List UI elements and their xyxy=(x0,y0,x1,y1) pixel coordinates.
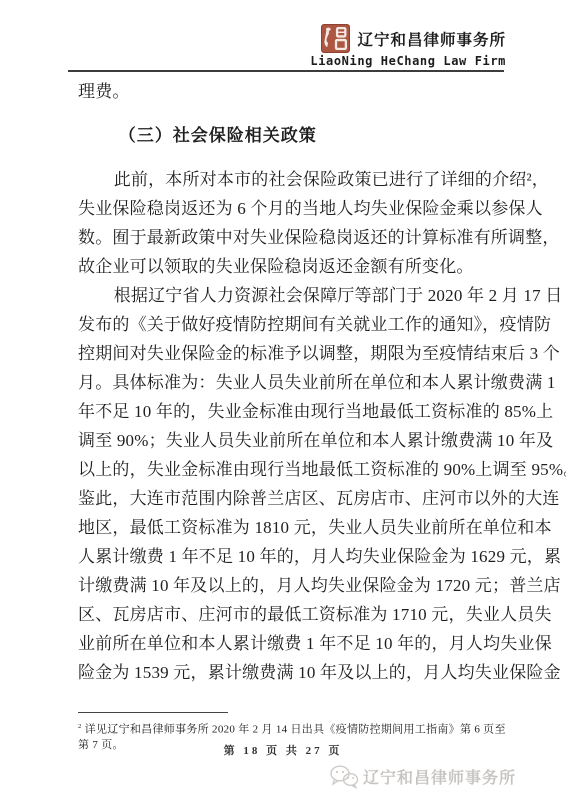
footnote-marker: 2 xyxy=(78,723,82,730)
hechang-seal-icon xyxy=(321,24,350,53)
body-line: 地区，最低工资标准为 1810 元，失业人员失业前所在单位和本 xyxy=(78,513,479,542)
body-line: 控期间对失业保险金的标准予以调整，期限为至疫情结束后 3 个 xyxy=(78,339,479,368)
body-line: 失业保险稳岗返还为 6 个月的当地人均失业保险金乘以参保人 xyxy=(78,194,479,223)
body-line: 此前，本所对本市的社会保险政策已进行了详细的介绍²， xyxy=(78,165,479,194)
body-line: 月。具体标准为：失业人员失业前所在单位和本人累计缴费满 1 xyxy=(78,368,479,397)
body-line: 以上的，失业金标准由现行当地最低工资标准的 90%上调至 95%。 xyxy=(78,455,479,484)
body-line: 理费。 xyxy=(78,77,479,106)
body-line: 年不足 10 年的，失业金标准由现行当地最低工资标准的 85%上 xyxy=(78,397,479,426)
body-line: 故企业可以领取的失业保险稳岗返还金额有所变化。 xyxy=(78,252,479,281)
section-heading: （三）社会保险相关政策 xyxy=(78,121,479,150)
body-line: 业前所在单位和本人累计缴费 1 年不足 10 年的，月人均失业保 xyxy=(78,629,479,658)
firm-name-en: LiaoNing HeChang Law Firm xyxy=(310,54,506,68)
page-number: 第 18 页 共 27 页 xyxy=(0,742,566,758)
body-line: 计缴费满 10 年及以上的，月人均失业保险金为 1720 元；普兰店 xyxy=(78,571,479,600)
wechat-attribution: 辽宁和昌律师事务所 xyxy=(329,764,516,789)
body-line: 调至 90%；失业人员失业前所在单位和本人累计缴费满 10 年及 xyxy=(78,426,479,455)
wechat-icon xyxy=(329,764,359,789)
body-line: 区、瓦房店市、庄河市的最低工资标准为 1710 元，失业人员失 xyxy=(78,600,479,629)
firm-name-cn: 辽宁和昌律师事务所 xyxy=(357,28,506,50)
body-line: 发布的《关于做好疫情防控期间有关就业工作的通知》，疫情防 xyxy=(78,310,479,339)
wechat-account-name: 辽宁和昌律师事务所 xyxy=(363,765,516,788)
body-line: 鉴此，大连市范围内除普兰店区、瓦房店市、庄河市以外的大连 xyxy=(78,484,479,513)
body-line: 人累计缴费 1 年不足 10 年的，月人均失业保险金为 1629 元，累 xyxy=(78,542,479,571)
document-page: 辽宁和昌律师事务所 LiaoNing HeChang Law Firm 理费。（… xyxy=(0,0,566,800)
header-rule xyxy=(68,70,504,72)
footnote-separator xyxy=(78,712,228,713)
firm-brand: 辽宁和昌律师事务所 LiaoNing HeChang Law Firm xyxy=(310,24,506,68)
body-line: 根据辽宁省人力资源社会保障厅等部门于 2020 年 2 月 17 日 xyxy=(78,281,479,310)
document-lines: 理费。（三）社会保险相关政策此前，本所对本市的社会保险政策已进行了详细的介绍²，… xyxy=(0,72,566,687)
letterhead: 辽宁和昌律师事务所 LiaoNing HeChang Law Firm xyxy=(0,0,566,72)
body-line: 数。囿于最新政策中对失业保险稳岗返还的计算标准有所调整， xyxy=(78,223,479,252)
body-line: 险金为 1539 元，累计缴费满 10 年及以上的，月人均失业保险金 xyxy=(78,658,479,687)
